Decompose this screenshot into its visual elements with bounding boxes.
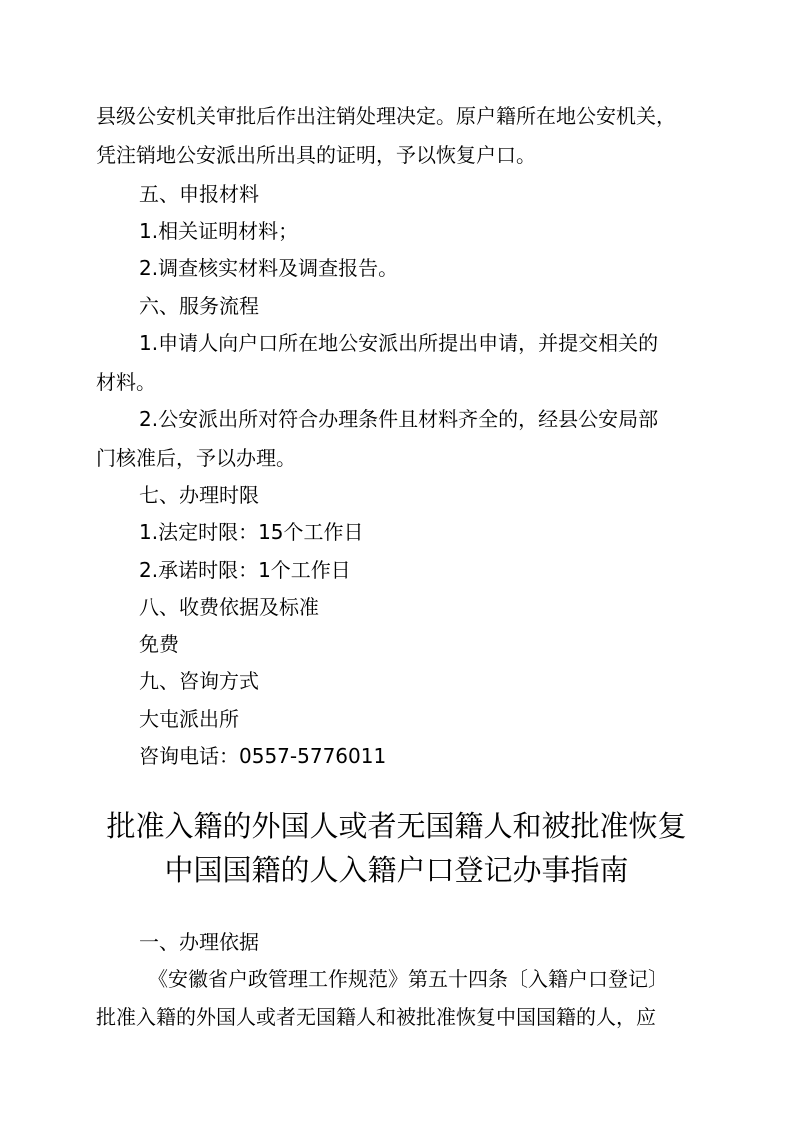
guide-title-line-1: 批准入籍的外国人或者无国籍人和被批准恢复 <box>0 808 793 844</box>
paragraph-line: 凭注销地公安派出所出具的证明，予以恢复户口。 <box>96 143 536 167</box>
list-item: 1.相关证明材料； <box>139 219 298 243</box>
section-heading-6: 六、服务流程 <box>139 294 259 318</box>
paragraph-line: 批准入籍的外国人或者无国籍人和被批准恢复中国国籍的人，应 <box>96 1005 656 1029</box>
section-heading-8: 八、收费依据及标准 <box>139 595 319 619</box>
section-heading-5: 五、申报材料 <box>139 182 259 206</box>
list-item-continuation: 门核准后，予以办理。 <box>96 446 296 470</box>
phone-line: 咨询电话：0557-5776011 <box>139 744 386 768</box>
section-heading-1: 一、办理依据 <box>139 930 259 954</box>
list-item: 1.法定时限：15个工作日 <box>139 520 364 544</box>
list-item: 2.调查核实材料及调查报告。 <box>139 256 398 280</box>
list-item: 2.承诺时限：1个工作日 <box>139 558 351 582</box>
list-item-continuation: 材料。 <box>96 370 156 394</box>
paragraph-line: 《安徽省户政管理工作规范》第五十四条〔入籍户口登记〕 <box>148 967 668 991</box>
office-name: 大屯派出所 <box>139 707 239 731</box>
section-heading-7: 七、办理时限 <box>139 483 259 507</box>
guide-title-line-2: 中国国籍的人入籍户口登记办事指南 <box>0 852 793 888</box>
paragraph-line: 县级公安机关审批后作出注销处理决定。原户籍所在地公安机关， <box>96 104 676 128</box>
fee-value: 免费 <box>139 632 179 656</box>
section-heading-9: 九、咨询方式 <box>139 669 259 693</box>
list-item: 1.申请人向户口所在地公安派出所提出申请，并提交相关的 <box>139 331 658 355</box>
document-page: 县级公安机关审批后作出注销处理决定。原户籍所在地公安机关， 凭注销地公安派出所出… <box>0 0 793 1122</box>
list-item: 2.公安派出所对符合办理条件且材料齐全的，经县公安局部 <box>139 407 658 431</box>
